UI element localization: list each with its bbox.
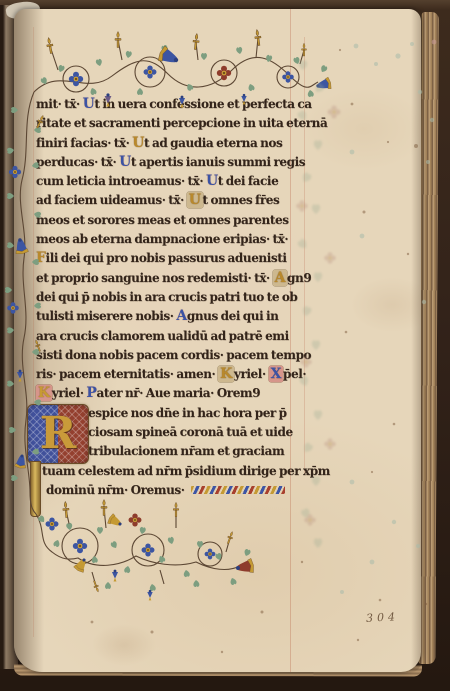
folio-number: 304 — [366, 610, 400, 625]
versal-initial: U — [132, 135, 144, 151]
text-run: gnus dei qui in — [187, 309, 279, 323]
text-run: mit· tx̄· — [36, 97, 83, 111]
ruling-line-left — [33, 27, 34, 637]
text-run: gn9 — [287, 271, 311, 285]
text-line: dominū nr̄m· Oremus· — [46, 481, 320, 500]
text-run: ritate et sacramenti percepcione in uita… — [36, 116, 327, 130]
versal-initial: A — [176, 308, 186, 324]
text-run: finiri facias· tx̄· — [36, 136, 132, 150]
text-line: ciosam spineā coronā tuā et uide — [88, 423, 320, 442]
text-run: t omnes fr̄es — [203, 193, 280, 207]
manuscript-page: mit· tx̄· Ut in uera confessione et perf… — [14, 9, 421, 672]
text-run: ater nr̄· Aue maria· Orem9 — [97, 386, 261, 400]
text-line: meos ab eterna dampnacione eripias· tx̄· — [36, 230, 320, 249]
text-line: sisti dona nobis pacem cordis· pacem tem… — [36, 346, 320, 365]
versal-initial: U — [83, 96, 95, 112]
text-line: tulisti miserere nobis· Agnus dei qui in — [36, 307, 320, 326]
text-run: meos ab eterna dampnacione eripias· tx̄· — [36, 232, 288, 246]
text-line: perducas· tx̄· Ut apertis ianuis summi r… — [36, 153, 320, 172]
text-line: finiri facias· tx̄· Ut ad gaudia eterna … — [36, 134, 320, 153]
text-line: cum leticia introeamus· tx̄· Ut dei faci… — [36, 172, 320, 191]
drop-cap-initial: R — [27, 404, 89, 464]
text-line: espice nos dn̄e in hac hora per p̄ — [88, 404, 320, 423]
text-line: Fili dei qui pro nobis passurus aduenist… — [36, 249, 320, 268]
text-run: t ad gaudia eterna nos — [144, 136, 282, 150]
versal-initial: U — [206, 173, 218, 189]
text-line: tuam celestem ad nr̄m p̄sidium dirige pe… — [42, 462, 320, 481]
text-line: ris· pacem eternitatis· amen· Kyriel· Xp… — [36, 365, 320, 384]
text-run: yriel· — [52, 386, 87, 400]
text-run: tribulacionem nr̄am et graciam — [88, 444, 284, 458]
text-line: Kyriel· Pater nr̄· Aue maria· Orem9 — [36, 384, 320, 403]
text-line: ad faciem uideamus· tx̄· Ut omnes fr̄es — [36, 191, 320, 210]
versal-initial: K — [36, 385, 52, 401]
text-line: meos et sorores meas et omnes parentes — [36, 211, 320, 230]
text-run: p̄el· — [283, 367, 306, 381]
text-line: dei qui p̄ nobis in ara crucis patri tuo… — [36, 288, 320, 307]
text-run: ciosam spineā coronā tuā et uide — [88, 425, 293, 439]
text-run: tulisti miserere nobis· — [36, 309, 176, 323]
chevron-line-filler — [191, 486, 285, 494]
text-run: t in uera confessione et perfecta ca — [94, 97, 311, 111]
text-run: ad faciem uideamus· tx̄· — [36, 193, 187, 207]
text-run: yriel· — [234, 367, 269, 381]
text-line: ritate et sacramenti percepcione in uita… — [36, 114, 320, 133]
drop-cap-tail — [30, 461, 41, 517]
text-run: ili dei qui pro nobis passurus aduenisti — [46, 251, 287, 265]
text-run: et proprio sanguine nos redemisti· tx̄· — [36, 271, 273, 285]
versal-initial: P — [86, 385, 96, 401]
text-run: cum leticia introeamus· tx̄· — [36, 174, 206, 188]
versal-initial: F — [36, 250, 46, 266]
text-line: et proprio sanguine nos redemisti· tx̄· … — [36, 269, 320, 288]
text-run: t dei facie — [218, 174, 279, 188]
drop-cap-letter: R — [28, 407, 88, 461]
text-line: ara crucis clamorem ualidū ad patrē emi — [36, 327, 320, 346]
text-run: ris· pacem eternitatis· amen· — [36, 367, 218, 381]
page-edges-right — [418, 12, 438, 664]
photo-background: mit· tx̄· Ut in uera confessione et perf… — [0, 0, 450, 691]
text-run: dei qui p̄ nobis in ara crucis patri tuo… — [36, 290, 297, 304]
text-run: ara crucis clamorem ualidū ad patrē emi — [36, 329, 289, 343]
versal-initial: U — [119, 154, 131, 170]
text-run: meos et sorores meas et omnes parentes — [36, 213, 289, 227]
text-line: mit· tx̄· Ut in uera confessione et perf… — [36, 95, 320, 114]
text-run: perducas· tx̄· — [36, 155, 119, 169]
versal-initial: X — [269, 366, 283, 382]
versal-initial: K — [218, 366, 234, 382]
text-run: espice nos dn̄e in hac hora per p̄ — [88, 406, 287, 420]
text-run: t apertis ianuis summi regis — [131, 155, 305, 169]
text-run: sisti dona nobis pacem cordis· pacem tem… — [36, 348, 311, 362]
text-line: tribulacionem nr̄am et graciam — [88, 442, 320, 461]
versal-initial: U — [187, 192, 203, 208]
text-run: tuam celestem ad nr̄m p̄sidium dirige pe… — [42, 464, 330, 478]
versal-initial: A — [273, 270, 287, 286]
text-run: dominū nr̄m· Oremus· — [46, 483, 187, 497]
